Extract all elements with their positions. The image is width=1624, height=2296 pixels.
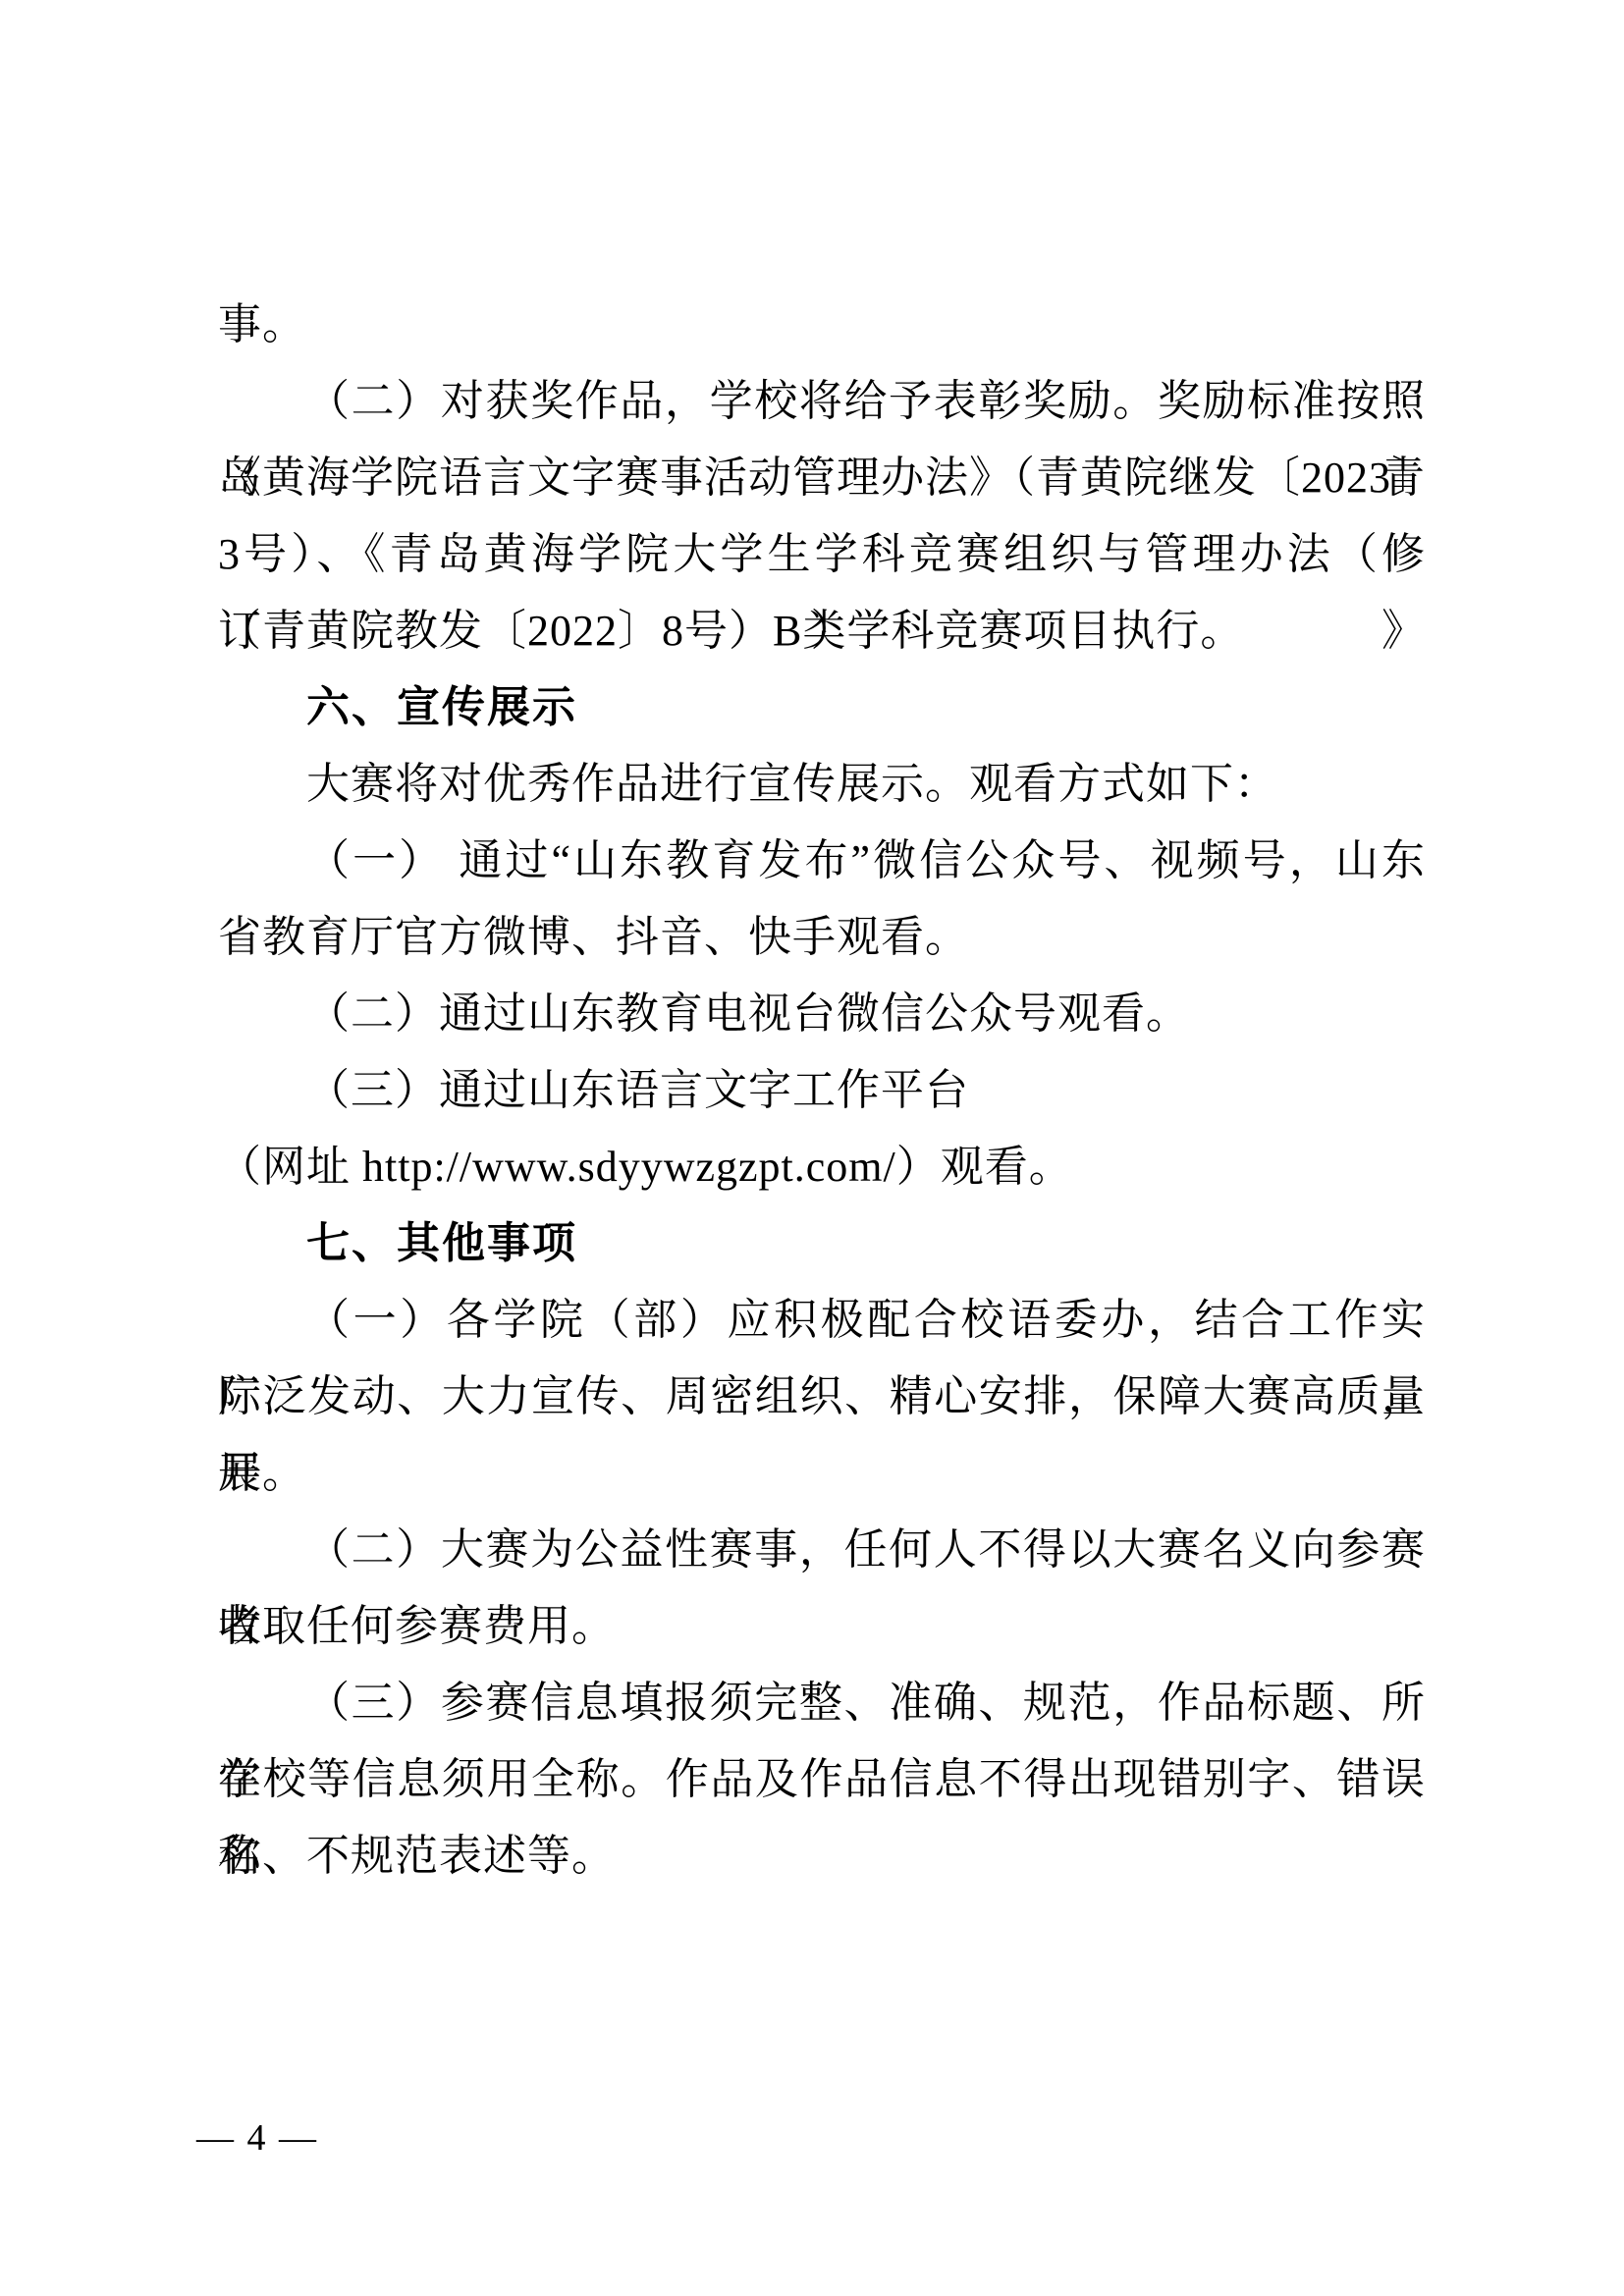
doc-line: 称、不规范表述等。: [218, 1818, 1426, 1895]
doc-line: 省教育厅官方微博、抖音、快手观看。: [218, 899, 1426, 976]
doc-line: 展。: [218, 1435, 1426, 1512]
doc-line-url: （网址 http://www.sdyywzgzpt.com/）观看。: [218, 1129, 1426, 1205]
doc-line: （二）通过山东教育电视台微信公众号观看。: [218, 976, 1426, 1052]
doc-line: 3号）、《青岛黄海学院大学生学科竞赛组织与管理办法（修订）》: [218, 516, 1426, 593]
page-number: — 4 —: [196, 2116, 318, 2160]
doc-line: 广泛发动、大力宣传、周密组织、精心安排，保障大赛高质量开: [218, 1359, 1426, 1435]
doc-line: （一） 通过“山东教育发布”微信公众号、视频号，山东: [218, 823, 1426, 899]
doc-line: 岛黄海学院语言文字赛事活动管理办法》（青黄院继发〔2023〕: [218, 440, 1426, 516]
doc-line: （二）大赛为公益性赛事，任何人不得以大赛名义向参赛者: [218, 1512, 1426, 1588]
document-body: 事。 （二）对获奖作品，学校将给予表彰奖励。奖励标准按照《青 岛黄海学院语言文字…: [218, 287, 1426, 1895]
doc-line: 大赛将对优秀作品进行宣传展示。观看方式如下：: [218, 746, 1426, 823]
doc-line: （三）参赛信息填报须完整、准确、规范，作品标题、所在: [218, 1665, 1426, 1741]
section-heading: 七、其他事项: [218, 1205, 1426, 1282]
document-page: 事。 （二）对获奖作品，学校将给予表彰奖励。奖励标准按照《青 岛黄海学院语言文字…: [0, 0, 1624, 2296]
doc-line: 事。: [218, 287, 1426, 363]
doc-line: 收取任何参赛费用。: [218, 1588, 1426, 1665]
section-heading: 六、宣传展示: [218, 669, 1426, 746]
doc-line: （一）各学院（部）应积极配合校语委办，结合工作实际，: [218, 1282, 1426, 1359]
doc-line: 学校等信息须用全称。作品及作品信息不得出现错别字、错误名: [218, 1741, 1426, 1818]
doc-line: （三）通过山东语言文字工作平台: [218, 1052, 1426, 1129]
doc-line: （二）对获奖作品，学校将给予表彰奖励。奖励标准按照《青: [218, 363, 1426, 440]
